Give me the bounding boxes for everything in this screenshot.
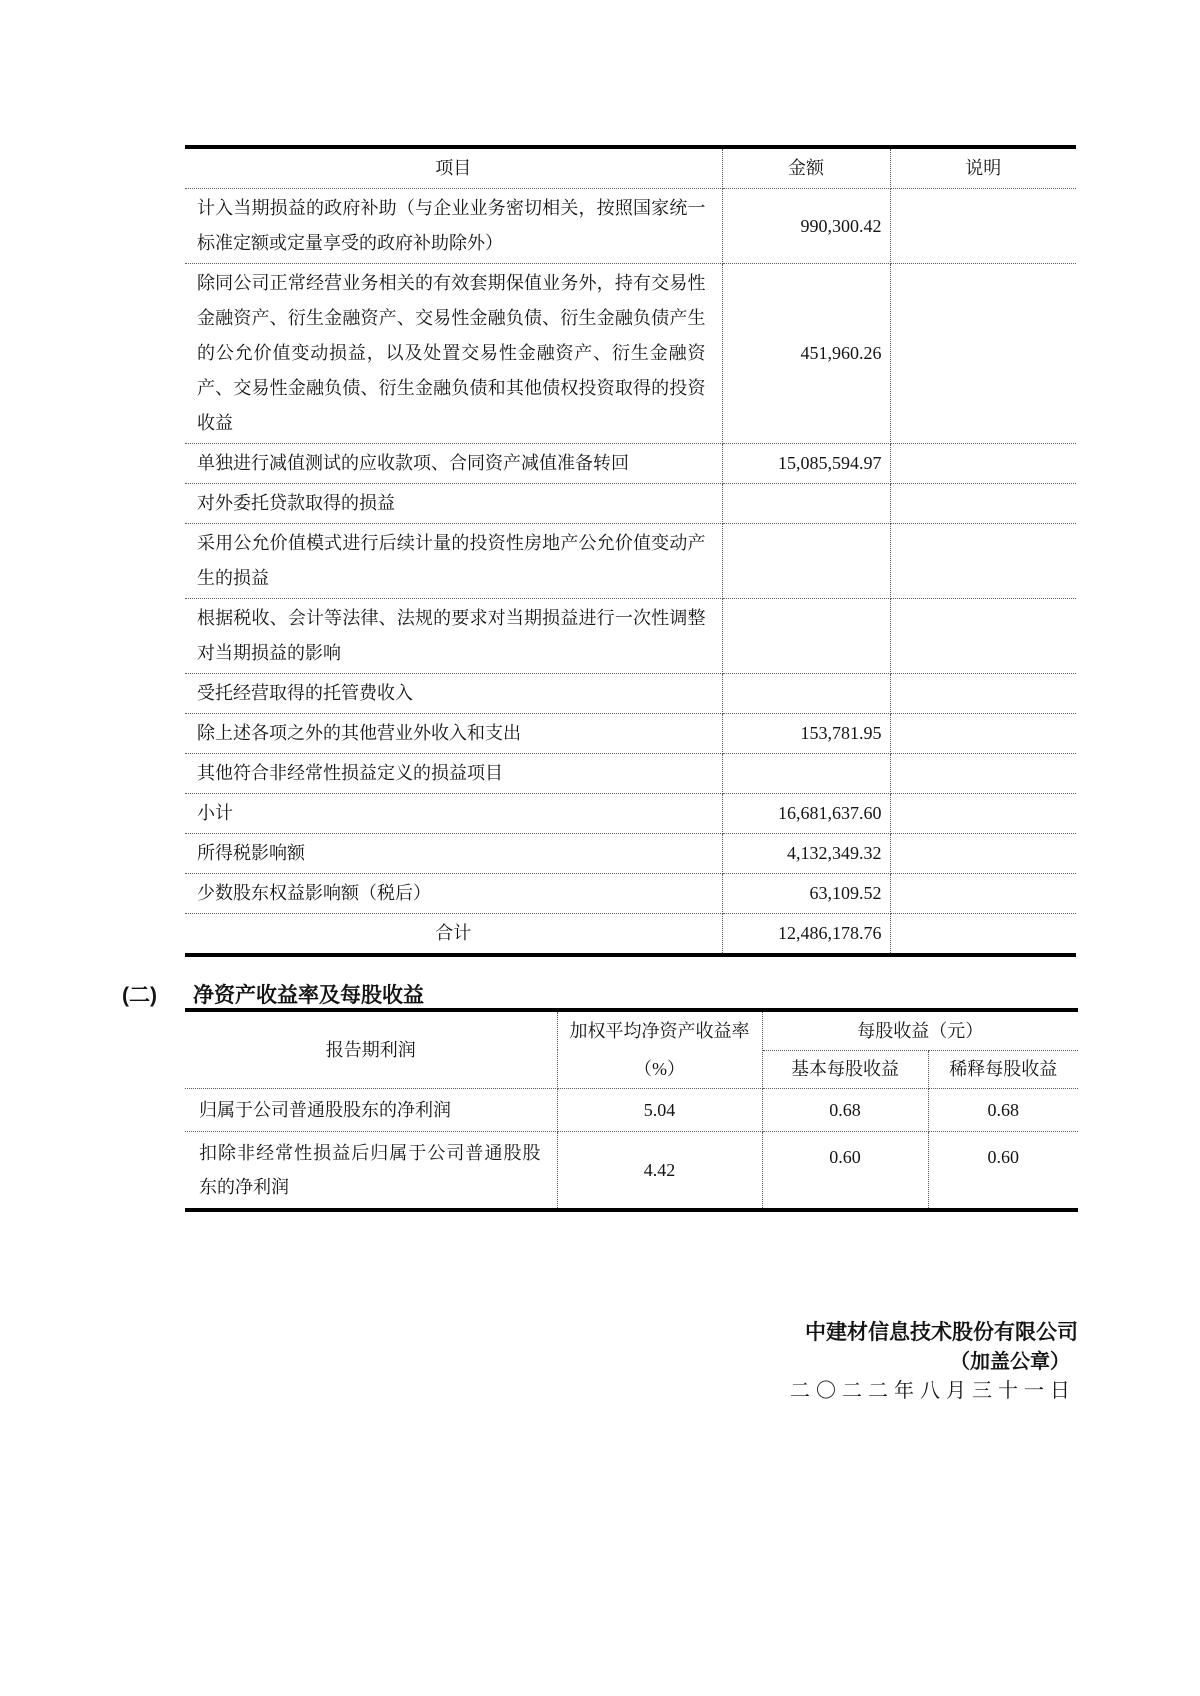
roe-eps-table: 报告期利润 加权平均净资产收益率 （%） 每股收益（元） 基本每股收益 稀释每股… xyxy=(185,1008,1078,1212)
note-cell xyxy=(890,484,1076,524)
company-name: 中建材信息技术股份有限公司 xyxy=(790,1318,1078,1348)
note-cell xyxy=(890,754,1076,794)
amount-cell xyxy=(722,524,890,599)
table-row: 扣除非经常性损益后归属于公司普通股股东的净利润 4.42 0.60 0.60 xyxy=(185,1132,1078,1211)
document-page: 项目 金额 说明 计入当期损益的政府补助（与企业业务密切相关，按照国家统一标准定… xyxy=(0,0,1200,1696)
col-header-eps-diluted: 稀释每股收益 xyxy=(928,1050,1078,1088)
col-header-eps-group: 每股收益（元） xyxy=(762,1010,1078,1050)
note-cell xyxy=(890,524,1076,599)
note-cell xyxy=(890,794,1076,834)
signature-block: 中建材信息技术股份有限公司 （加盖公章） 二〇二二年八月三十一日 xyxy=(790,1318,1078,1406)
note-cell xyxy=(890,264,1076,444)
note-cell xyxy=(890,444,1076,484)
amount-cell xyxy=(722,599,890,674)
note-cell xyxy=(890,874,1076,914)
section-title: 净资产收益率及每股收益 xyxy=(193,984,424,1008)
item-cell: 除同公司正常经营业务相关的有效套期保值业务外，持有交易性金融资产、衍生金融资产、… xyxy=(185,264,722,444)
item-cell: 受托经营取得的托管费收入 xyxy=(185,674,722,714)
table-row: 对外委托贷款取得的损益 xyxy=(185,484,1076,524)
note-cell xyxy=(890,834,1076,874)
table-row: 其他符合非经常性损益定义的损益项目 xyxy=(185,754,1076,794)
signature-date: 二〇二二年八月三十一日 xyxy=(790,1377,1078,1406)
table-row: 采用公允价值模式进行后续计量的投资性房地产公允价值变动产生的损益 xyxy=(185,524,1076,599)
eps-basic-cell: 0.68 xyxy=(762,1089,928,1132)
col-header-item: 项目 xyxy=(185,147,722,189)
col-header-roe: 加权平均净资产收益率 （%） xyxy=(557,1010,762,1089)
col-header-amount: 金额 xyxy=(722,147,890,189)
item-cell: 所得税影响额 xyxy=(185,834,722,874)
note-cell xyxy=(890,674,1076,714)
section-number: (二) xyxy=(122,984,157,1008)
table-row: 归属于公司普通股股东的净利润 5.04 0.68 0.68 xyxy=(185,1089,1078,1132)
subtotal-row: 小计 16,681,637.60 xyxy=(185,794,1076,834)
table-row: 所得税影响额 4,132,349.32 xyxy=(185,834,1076,874)
eps-diluted-cell: 0.68 xyxy=(928,1089,1078,1132)
amount-cell: 12,486,178.76 xyxy=(722,914,890,956)
amount-cell xyxy=(722,674,890,714)
eps-diluted-cell: 0.60 xyxy=(928,1132,1078,1211)
section-heading: (二) 净资产收益率及每股收益 xyxy=(0,984,1200,1008)
col-header-profit: 报告期利润 xyxy=(185,1010,557,1089)
amount-cell xyxy=(722,754,890,794)
table-header-row: 项目 金额 说明 xyxy=(185,147,1076,189)
eps-basic-cell: 0.60 xyxy=(762,1132,928,1211)
item-cell: 扣除非经常性损益后归属于公司普通股股东的净利润 xyxy=(185,1132,557,1211)
amount-cell: 990,300.42 xyxy=(722,189,890,264)
note-cell xyxy=(890,714,1076,754)
table-header-row: 报告期利润 加权平均净资产收益率 （%） 每股收益（元） xyxy=(185,1010,1078,1050)
amount-cell: 4,132,349.32 xyxy=(722,834,890,874)
amount-cell: 451,960.26 xyxy=(722,264,890,444)
table-row: 受托经营取得的托管费收入 xyxy=(185,674,1076,714)
item-cell: 对外委托贷款取得的损益 xyxy=(185,484,722,524)
item-cell: 计入当期损益的政府补助（与企业业务密切相关，按照国家统一标准定额或定量享受的政府… xyxy=(185,189,722,264)
amount-cell: 16,681,637.60 xyxy=(722,794,890,834)
amount-cell xyxy=(722,484,890,524)
col-header-eps-basic: 基本每股收益 xyxy=(762,1050,928,1088)
amount-cell: 63,109.52 xyxy=(722,874,890,914)
item-cell: 除上述各项之外的其他营业外收入和支出 xyxy=(185,714,722,754)
item-cell: 根据税收、会计等法律、法规的要求对当期损益进行一次性调整对当期损益的影响 xyxy=(185,599,722,674)
total-row: 合计 12,486,178.76 xyxy=(185,914,1076,956)
amount-cell: 15,085,594.97 xyxy=(722,444,890,484)
total-label-cell: 合计 xyxy=(185,914,722,956)
roe-cell: 4.42 xyxy=(557,1132,762,1211)
non-recurring-items-table: 项目 金额 说明 计入当期损益的政府补助（与企业业务密切相关，按照国家统一标准定… xyxy=(185,145,1076,957)
col-header-note: 说明 xyxy=(890,147,1076,189)
note-cell xyxy=(890,189,1076,264)
seal-note: （加盖公章） xyxy=(790,1348,1078,1377)
table-row: 单独进行减值测试的应收款项、合同资产减值准备转回 15,085,594.97 xyxy=(185,444,1076,484)
table-row: 除上述各项之外的其他营业外收入和支出 153,781.95 xyxy=(185,714,1076,754)
item-cell: 单独进行减值测试的应收款项、合同资产减值准备转回 xyxy=(185,444,722,484)
table-row: 除同公司正常经营业务相关的有效套期保值业务外，持有交易性金融资产、衍生金融资产、… xyxy=(185,264,1076,444)
note-cell xyxy=(890,599,1076,674)
roe-header-line1: 加权平均净资产收益率 xyxy=(564,1012,756,1050)
roe-header-line2: （%） xyxy=(564,1050,756,1088)
table-row: 少数股东权益影响额（税后） 63,109.52 xyxy=(185,874,1076,914)
roe-cell: 5.04 xyxy=(557,1089,762,1132)
table-row: 计入当期损益的政府补助（与企业业务密切相关，按照国家统一标准定额或定量享受的政府… xyxy=(185,189,1076,264)
item-cell: 采用公允价值模式进行后续计量的投资性房地产公允价值变动产生的损益 xyxy=(185,524,722,599)
item-cell: 少数股东权益影响额（税后） xyxy=(185,874,722,914)
item-cell: 归属于公司普通股股东的净利润 xyxy=(185,1089,557,1132)
note-cell xyxy=(890,914,1076,956)
item-cell: 小计 xyxy=(185,794,722,834)
table-row: 根据税收、会计等法律、法规的要求对当期损益进行一次性调整对当期损益的影响 xyxy=(185,599,1076,674)
item-cell: 其他符合非经常性损益定义的损益项目 xyxy=(185,754,722,794)
amount-cell: 153,781.95 xyxy=(722,714,890,754)
